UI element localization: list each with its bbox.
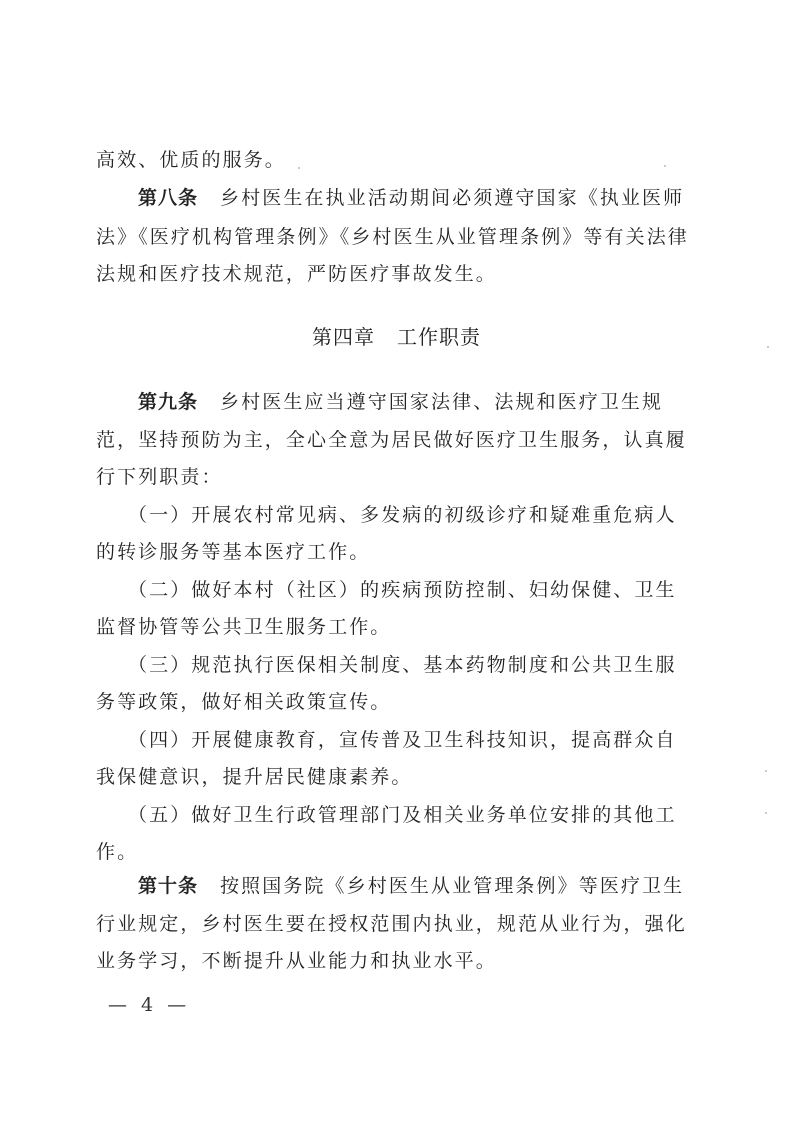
duty-item-1-cont: 的转诊服务等基本医疗工作。 <box>96 533 696 571</box>
article-9-line: 行下列职责： <box>96 458 696 496</box>
duty-item-4: （四）开展健康教育，宣传普及卫生科技知识，提高群众自 <box>128 721 728 759</box>
scan-speck <box>765 812 767 814</box>
article-9-first-line: 第九条乡村医生应当遵守国家法律、法规和医疗卫生规 <box>138 383 738 421</box>
duty-item-1: （一）开展农村常见病、多发病的初级诊疗和疑难重危病人 <box>128 496 728 534</box>
article-8-line: 法》《医疗机构管理条例》《乡村医生从业管理条例》等有关法律 <box>96 218 696 256</box>
article-9-text: 乡村医生应当遵守国家法律、法规和医疗卫生规 <box>220 391 663 413</box>
article-10-text: 按照国务院《乡村医生从业管理条例》等医疗卫生 <box>220 875 684 897</box>
duty-item-5-cont: 作。 <box>96 833 696 871</box>
chapter-title: 工作职责 <box>397 325 481 349</box>
article-10-first-line: 第十条按照国务院《乡村医生从业管理条例》等医疗卫生 <box>138 867 738 905</box>
article-10-label: 第十条 <box>138 875 198 897</box>
duty-item-2-cont: 监督协管等公共卫生服务工作。 <box>96 608 696 646</box>
duty-item-2: （二）做好本村（社区）的疾病预防控制、妇幼保健、卫生 <box>128 571 728 609</box>
page-number: — 4 — <box>108 990 190 1020</box>
chapter-heading: 第四章工作职责 <box>0 318 793 356</box>
article-8-first-line: 第八条乡村医生在执业活动期间必须遵守国家《执业医师 <box>138 179 738 217</box>
article-9-label: 第九条 <box>138 391 198 413</box>
duty-item-5: （五）做好卫生行政管理部门及相关业务单位安排的其他工 <box>128 796 728 834</box>
article-9-line: 范，坚持预防为主，全心全意为居民做好医疗卫生服务，认真履 <box>96 421 696 459</box>
scan-speck <box>765 770 767 772</box>
chapter-number: 第四章 <box>312 325 375 349</box>
duty-item-4-cont: 我保健意识，提升居民健康素养。 <box>96 758 696 796</box>
article-10-line: 业务学习，不断提升从业能力和执业水平。 <box>96 942 696 980</box>
duty-item-3: （三）规范执行医保相关制度、基本药物制度和公共卫生服 <box>128 646 728 684</box>
duty-item-3-cont: 务等政策，做好相关政策宣传。 <box>96 683 696 721</box>
paragraph-continuation: 高效、优质的服务。 <box>96 141 696 179</box>
scan-speck <box>664 165 666 167</box>
scan-speck <box>767 346 769 348</box>
scan-speck <box>298 167 300 169</box>
article-8-text: 乡村医生在执业活动期间必须遵守国家《执业医师 <box>220 187 684 209</box>
article-10-line: 行业规定，乡村医生要在授权范围内执业，规范从业行为，强化 <box>96 905 696 943</box>
article-8-line: 法规和医疗技术规范，严防医疗事故发生。 <box>96 255 696 293</box>
article-8-label: 第八条 <box>138 187 198 209</box>
